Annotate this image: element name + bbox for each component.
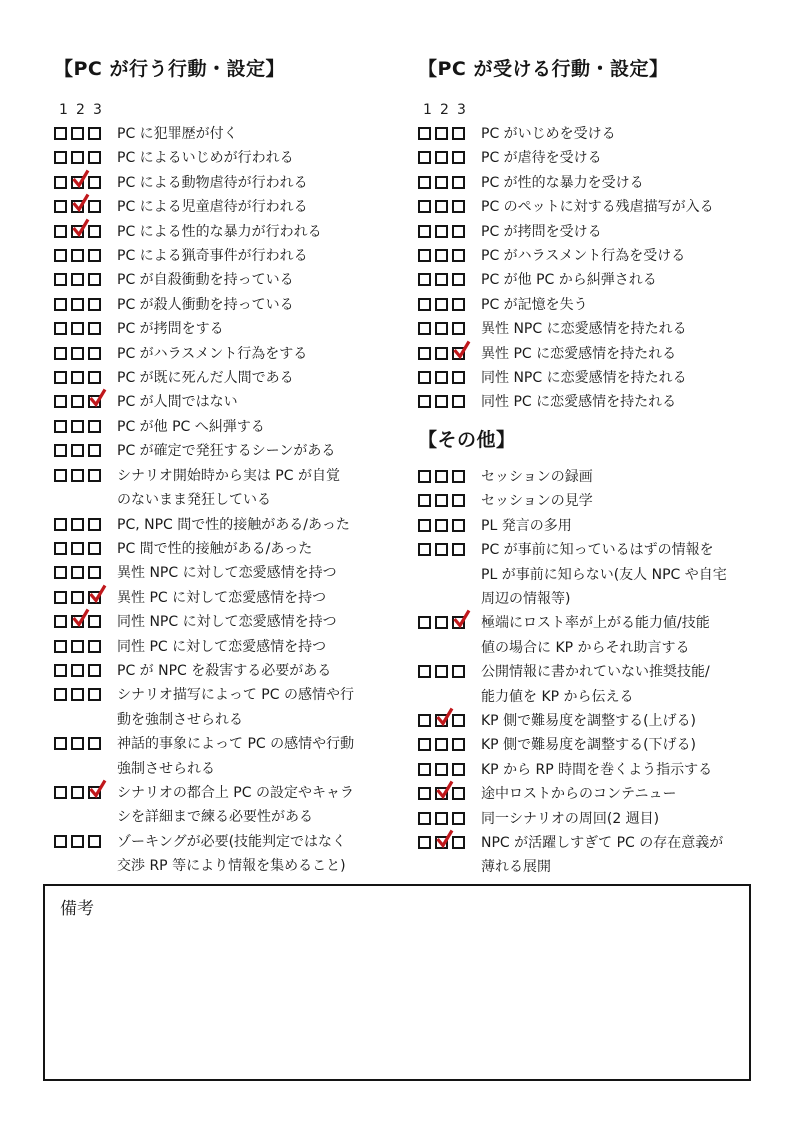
checklist-item: セッションの録画 — [418, 465, 786, 489]
item-label: PL 発言の多用 — [481, 514, 786, 538]
checklist-item: KP 側で難易度を調整する(下げる) — [418, 733, 786, 757]
check-mark-icon — [451, 340, 472, 360]
remarks-box[interactable]: 備考 — [43, 884, 751, 1081]
item-label: PC, NPC 間で性的接触がある/あった — [117, 513, 406, 537]
checkbox[interactable] — [88, 469, 101, 482]
checklist-item: シナリオの都合上 PC の設定やキャラ シを詳細まで練る必要性がある — [54, 781, 406, 830]
checkbox[interactable] — [452, 543, 465, 556]
item-label: KP 側で難易度を調整する(下げる) — [481, 733, 786, 757]
checklist-item: 途中ロストからのコンテニュー — [418, 782, 786, 806]
checkbox[interactable] — [71, 591, 84, 604]
checkbox[interactable] — [71, 395, 84, 408]
scale-number: 1 — [419, 98, 436, 122]
remarks-label: 備考 — [45, 886, 749, 920]
item-label: シナリオの都合上 PC の設定やキャラ シを詳細まで練る必要性がある — [117, 781, 406, 830]
item-label: PC が確定で発狂するシーンがある — [117, 439, 406, 463]
checklist-item: PC がいじめを受ける — [418, 122, 786, 146]
checkbox[interactable] — [88, 298, 101, 311]
checkbox[interactable] — [418, 347, 431, 360]
checklist-item: PC がハラスメント行為をする — [54, 342, 406, 366]
checkbox[interactable] — [435, 543, 448, 556]
scale-number: 2 — [72, 98, 89, 122]
checkbox[interactable] — [418, 127, 431, 140]
checkbox-group — [418, 812, 465, 825]
checkbox[interactable] — [71, 151, 84, 164]
checkbox[interactable] — [418, 812, 431, 825]
checkbox[interactable] — [418, 176, 431, 189]
checkbox-group — [418, 665, 465, 678]
checkbox-group — [54, 420, 101, 433]
checklist-item: PC が NPC を殺害する必要がある — [54, 659, 406, 683]
checklist-item: PC による動物虐待が行われる — [54, 171, 406, 195]
checkbox[interactable] — [418, 322, 431, 335]
item-label: KP 側で難易度を調整する(上げる) — [481, 709, 786, 733]
checklist-item: PC が事前に知っているはずの情報を PL が事前に知らない(友人 NPC や自… — [418, 538, 786, 611]
checkbox[interactable] — [54, 444, 67, 457]
checkbox[interactable] — [435, 395, 448, 408]
checkbox[interactable] — [54, 640, 67, 653]
checklist-item: 極端にロスト率が上がる能力値/技能 値の場合に KP からそれ助言する — [418, 611, 786, 660]
checkbox[interactable] — [435, 836, 448, 849]
section: 【その他】セッションの録画セッションの見学PL 発言の多用PC が事前に知ってい… — [418, 427, 786, 880]
checkbox[interactable] — [418, 470, 431, 483]
checkbox[interactable] — [435, 225, 448, 238]
checklist-item: 異性 PC に恋愛感情を持たれる — [418, 342, 786, 366]
checkbox[interactable] — [418, 519, 431, 532]
item-label: PC が虐待を受ける — [481, 146, 786, 170]
checkbox[interactable] — [88, 566, 101, 579]
checkbox[interactable] — [88, 444, 101, 457]
item-label: PC が NPC を殺害する必要がある — [117, 659, 406, 683]
item-label: PC が人間ではない — [117, 390, 406, 414]
checkbox[interactable] — [88, 591, 101, 604]
checklist-item: PC による性的な暴力が行われる — [54, 220, 406, 244]
item-label: 極端にロスト率が上がる能力値/技能 値の場合に KP からそれ助言する — [481, 611, 786, 660]
checkbox[interactable] — [88, 176, 101, 189]
section-title: 【PC が受ける行動・設定】 — [418, 56, 786, 82]
checkbox-group — [418, 322, 465, 335]
checkbox-group — [54, 444, 101, 457]
checkbox[interactable] — [418, 249, 431, 262]
check-mark-icon — [451, 609, 472, 629]
checkbox-group — [54, 469, 101, 482]
item-label: PC が記憶を失う — [481, 293, 786, 317]
checkbox[interactable] — [452, 738, 465, 751]
checkbox[interactable] — [71, 371, 84, 384]
checkbox[interactable] — [71, 518, 84, 531]
checkbox-group — [54, 615, 101, 628]
checkbox[interactable] — [54, 176, 67, 189]
checkbox[interactable] — [435, 787, 448, 800]
section: 【PC が受ける行動・設定】123PC がいじめを受けるPC が虐待を受けるPC… — [418, 56, 786, 415]
checkbox[interactable] — [452, 812, 465, 825]
checkbox[interactable] — [418, 151, 431, 164]
checkbox[interactable] — [452, 714, 465, 727]
checkbox[interactable] — [71, 127, 84, 140]
checkbox[interactable] — [88, 542, 101, 555]
checkbox[interactable] — [435, 470, 448, 483]
item-label: PC がハラスメント行為を受ける — [481, 244, 786, 268]
checkbox[interactable] — [88, 151, 101, 164]
checkbox[interactable] — [452, 665, 465, 678]
checkbox[interactable] — [71, 176, 84, 189]
item-label: 同性 PC に対して恋愛感情を持つ — [117, 635, 406, 659]
checklist-item: PC による猟奇事件が行われる — [54, 244, 406, 268]
item-label: 異性 NPC に恋愛感情を持たれる — [481, 317, 786, 341]
checkbox[interactable] — [435, 347, 448, 360]
checkbox-group — [54, 835, 101, 848]
checkbox[interactable] — [435, 494, 448, 507]
checkbox-group — [418, 616, 465, 629]
checkbox[interactable] — [452, 787, 465, 800]
checkbox-group — [54, 566, 101, 579]
checkbox[interactable] — [71, 273, 84, 286]
checkbox[interactable] — [54, 469, 67, 482]
checkbox[interactable] — [54, 420, 67, 433]
checkbox[interactable] — [71, 688, 84, 701]
checkbox[interactable] — [88, 664, 101, 677]
checklist-item: PC, NPC 間で性的接触がある/あった — [54, 513, 406, 537]
checkbox[interactable] — [88, 688, 101, 701]
checkbox[interactable] — [452, 249, 465, 262]
checkbox[interactable] — [435, 665, 448, 678]
checkbox[interactable] — [54, 615, 67, 628]
item-label: セッションの見学 — [481, 489, 786, 513]
checkbox[interactable] — [88, 249, 101, 262]
checklist-item: PC に犯罪歴が付く — [54, 122, 406, 146]
checkbox[interactable] — [54, 591, 67, 604]
checkbox[interactable] — [435, 151, 448, 164]
check-mark-icon — [87, 388, 108, 408]
checkbox[interactable] — [418, 200, 431, 213]
checkbox[interactable] — [54, 688, 67, 701]
checkbox-group — [54, 322, 101, 335]
checklist-item: 同性 NPC に対して恋愛感情を持つ — [54, 610, 406, 634]
item-label: KP から RP 時間を巻くよう指示する — [481, 758, 786, 782]
section-title: 【その他】 — [418, 427, 786, 453]
checkbox[interactable] — [71, 664, 84, 677]
checkbox-group — [54, 298, 101, 311]
checkbox[interactable] — [71, 640, 84, 653]
section-title: 【PC が行う行動・設定】 — [54, 56, 406, 82]
checklist-item: PC が拷問をする — [54, 317, 406, 341]
checkbox[interactable] — [88, 640, 101, 653]
checklist-item: PC がハラスメント行為を受ける — [418, 244, 786, 268]
checkbox[interactable] — [435, 371, 448, 384]
checkbox[interactable] — [452, 176, 465, 189]
checkbox[interactable] — [71, 786, 84, 799]
checkbox-group — [54, 249, 101, 262]
scale-number: 2 — [436, 98, 453, 122]
checkbox[interactable] — [71, 444, 84, 457]
checkbox[interactable] — [54, 200, 67, 213]
checkbox[interactable] — [88, 322, 101, 335]
checkbox[interactable] — [452, 494, 465, 507]
checkbox[interactable] — [54, 518, 67, 531]
checkbox-group — [54, 127, 101, 140]
item-label: PC が自殺衝動を持っている — [117, 268, 406, 292]
checkbox[interactable] — [88, 737, 101, 750]
checkbox-group — [54, 542, 101, 555]
item-label: 同性 NPC に対して恋愛感情を持つ — [117, 610, 406, 634]
checkbox[interactable] — [452, 151, 465, 164]
checkbox[interactable] — [418, 763, 431, 776]
checkbox[interactable] — [71, 249, 84, 262]
checkbox[interactable] — [71, 566, 84, 579]
item-label: PC が他 PC へ糾弾する — [117, 415, 406, 439]
checklist-item: KP 側で難易度を調整する(上げる) — [418, 709, 786, 733]
checkbox[interactable] — [435, 200, 448, 213]
checkbox[interactable] — [452, 200, 465, 213]
checkbox-group — [54, 786, 101, 799]
checkbox-group — [418, 225, 465, 238]
checkbox-group — [418, 519, 465, 532]
checkbox-group — [418, 763, 465, 776]
checkbox[interactable] — [435, 127, 448, 140]
checkbox[interactable] — [418, 836, 431, 849]
checkbox[interactable] — [54, 127, 67, 140]
checklist-item: 同性 PC に対して恋愛感情を持つ — [54, 635, 406, 659]
checkbox[interactable] — [418, 787, 431, 800]
checkbox-group — [418, 200, 465, 213]
checklist-item: 神話的事象によって PC の感情や行動 強制させられる — [54, 732, 406, 781]
checkbox[interactable] — [435, 519, 448, 532]
checkbox[interactable] — [88, 420, 101, 433]
checkbox[interactable] — [435, 812, 448, 825]
checkbox[interactable] — [54, 566, 67, 579]
item-label: PC が性的な暴力を受ける — [481, 171, 786, 195]
checkbox[interactable] — [71, 542, 84, 555]
checkbox[interactable] — [435, 273, 448, 286]
checkbox-group — [54, 664, 101, 677]
checkbox[interactable] — [54, 835, 67, 848]
checkbox[interactable] — [88, 395, 101, 408]
item-label: PC による動物虐待が行われる — [117, 171, 406, 195]
section: 【PC が行う行動・設定】123PC に犯罪歴が付くPC によるいじめが行われる… — [54, 56, 406, 879]
checklist-item: ゾーキングが必要(技能判定ではなく 交渉 RP 等により情報を集めること) — [54, 830, 406, 879]
checklist-item: PC による児童虐待が行われる — [54, 195, 406, 219]
checkbox[interactable] — [88, 127, 101, 140]
checkbox[interactable] — [88, 273, 101, 286]
checklist-item: シナリオ開始時から実は PC が自覚 のないまま発狂している — [54, 464, 406, 513]
checkbox-group — [54, 200, 101, 213]
checkbox[interactable] — [452, 298, 465, 311]
checkbox[interactable] — [452, 519, 465, 532]
checkbox[interactable] — [452, 616, 465, 629]
checkbox-group — [54, 737, 101, 750]
checkbox-group — [54, 347, 101, 360]
checkbox-group — [418, 738, 465, 751]
item-label: 異性 PC に恋愛感情を持たれる — [481, 342, 786, 366]
item-label: PC が拷問をする — [117, 317, 406, 341]
checkbox[interactable] — [452, 127, 465, 140]
checkbox-group — [418, 347, 465, 360]
scale-header: 123 — [419, 98, 786, 122]
checkbox[interactable] — [418, 273, 431, 286]
checklist-item: PC が既に死んだ人間である — [54, 366, 406, 390]
item-label: PC のペットに対する残虐描写が入る — [481, 195, 786, 219]
checkbox[interactable] — [54, 249, 67, 262]
item-label: 同性 NPC に恋愛感情を持たれる — [481, 366, 786, 390]
checkbox[interactable] — [88, 371, 101, 384]
checkbox[interactable] — [88, 225, 101, 238]
checklist-item: セッションの見学 — [418, 489, 786, 513]
checkbox[interactable] — [418, 225, 431, 238]
checkbox[interactable] — [71, 469, 84, 482]
checkbox[interactable] — [418, 395, 431, 408]
checklist-item: PC によるいじめが行われる — [54, 146, 406, 170]
checkbox[interactable] — [54, 298, 67, 311]
item-label: セッションの録画 — [481, 465, 786, 489]
checkbox-group — [54, 273, 101, 286]
checkbox[interactable] — [71, 225, 84, 238]
checkbox-group — [418, 494, 465, 507]
checkbox-group — [418, 714, 465, 727]
item-label: PC 間で性的接触がある/あった — [117, 537, 406, 561]
checkbox-group — [418, 371, 465, 384]
checklist-item: PC が他 PC から糾弾される — [418, 268, 786, 292]
checkbox-group — [54, 688, 101, 701]
checkbox-group — [418, 249, 465, 262]
checklist-item: PC が確定で発狂するシーンがある — [54, 439, 406, 463]
item-label: シナリオ描写によって PC の感情や行 動を強制させられる — [117, 683, 406, 732]
checkbox[interactable] — [54, 737, 67, 750]
checklist-item: 同性 NPC に恋愛感情を持たれる — [418, 366, 786, 390]
check-mark-icon — [87, 584, 108, 604]
check-mark-icon — [87, 779, 108, 799]
checkbox-group — [54, 591, 101, 604]
checkbox[interactable] — [418, 543, 431, 556]
column-actions-to-pc: 【PC が受ける行動・設定】123PC がいじめを受けるPC が虐待を受けるPC… — [418, 56, 786, 880]
checkbox-group — [54, 640, 101, 653]
checkbox-group — [54, 371, 101, 384]
item-label: PC に犯罪歴が付く — [117, 122, 406, 146]
checklist-item: 異性 PC に対して恋愛感情を持つ — [54, 586, 406, 610]
checkbox-group — [418, 543, 465, 556]
checkbox-group — [54, 518, 101, 531]
checklist-item: 公開情報に書かれていない推奨技能/ 能力値を KP から伝える — [418, 660, 786, 709]
checkbox-group — [54, 225, 101, 238]
checkbox[interactable] — [54, 786, 67, 799]
checkbox[interactable] — [452, 225, 465, 238]
checkbox[interactable] — [418, 738, 431, 751]
column-actions-by-pc: 【PC が行う行動・設定】123PC に犯罪歴が付くPC によるいじめが行われる… — [54, 56, 406, 879]
item-label: 同一シナリオの周回(2 週目) — [481, 807, 786, 831]
checklist-item: PC が自殺衝動を持っている — [54, 268, 406, 292]
item-label: 公開情報に書かれていない推奨技能/ 能力値を KP から伝える — [481, 660, 786, 709]
checkbox[interactable] — [435, 738, 448, 751]
checkbox[interactable] — [54, 322, 67, 335]
checkbox[interactable] — [71, 347, 84, 360]
checkbox[interactable] — [435, 298, 448, 311]
checkbox[interactable] — [418, 616, 431, 629]
checkbox[interactable] — [435, 249, 448, 262]
item-label: PC が事前に知っているはずの情報を PL が事前に知らない(友人 NPC や自… — [481, 538, 786, 611]
item-label: 異性 NPC に対して恋愛感情を持つ — [117, 561, 406, 585]
checkbox[interactable] — [54, 371, 67, 384]
checkbox[interactable] — [452, 273, 465, 286]
item-label: PC による猟奇事件が行われる — [117, 244, 406, 268]
checkbox[interactable] — [435, 176, 448, 189]
checkbox[interactable] — [71, 420, 84, 433]
checkbox[interactable] — [54, 395, 67, 408]
checklist-item: PC が性的な暴力を受ける — [418, 171, 786, 195]
item-label: PC がいじめを受ける — [481, 122, 786, 146]
checkbox-group — [54, 151, 101, 164]
checkbox[interactable] — [452, 347, 465, 360]
checklist-item: 異性 NPC に恋愛感情を持たれる — [418, 317, 786, 341]
checkbox[interactable] — [88, 835, 101, 848]
scale-number: 1 — [55, 98, 72, 122]
checkbox[interactable] — [418, 494, 431, 507]
checkbox[interactable] — [452, 322, 465, 335]
checkbox[interactable] — [88, 786, 101, 799]
checklist-item: PC が人間ではない — [54, 390, 406, 414]
checkbox[interactable] — [435, 322, 448, 335]
checkbox[interactable] — [452, 836, 465, 849]
item-label: 同性 PC に恋愛感情を持たれる — [481, 390, 786, 414]
item-label: PC が他 PC から糾弾される — [481, 268, 786, 292]
checkbox[interactable] — [88, 347, 101, 360]
checkbox[interactable] — [54, 664, 67, 677]
checkbox[interactable] — [71, 835, 84, 848]
checkbox[interactable] — [435, 763, 448, 776]
checkbox[interactable] — [452, 395, 465, 408]
checklist-item: 同一シナリオの周回(2 週目) — [418, 807, 786, 831]
checkbox[interactable] — [71, 200, 84, 213]
checklist-item: PC が他 PC へ糾弾する — [54, 415, 406, 439]
checkbox[interactable] — [452, 371, 465, 384]
checkbox-group — [418, 836, 465, 849]
scale-header: 123 — [55, 98, 406, 122]
checkbox[interactable] — [435, 616, 448, 629]
checkbox-group — [418, 273, 465, 286]
checkbox[interactable] — [88, 615, 101, 628]
checkbox[interactable] — [71, 615, 84, 628]
checkbox[interactable] — [54, 542, 67, 555]
checkbox[interactable] — [88, 518, 101, 531]
checkbox[interactable] — [452, 763, 465, 776]
checkbox[interactable] — [418, 371, 431, 384]
checkbox-group — [418, 787, 465, 800]
checklist-item: PC 間で性的接触がある/あった — [54, 537, 406, 561]
checkbox[interactable] — [71, 322, 84, 335]
checkbox[interactable] — [54, 225, 67, 238]
checkbox[interactable] — [452, 470, 465, 483]
checkbox-group — [418, 395, 465, 408]
checkbox[interactable] — [54, 151, 67, 164]
item-label: 異性 PC に対して恋愛感情を持つ — [117, 586, 406, 610]
item-label: PC によるいじめが行われる — [117, 146, 406, 170]
checklist-item: KP から RP 時間を巻くよう指示する — [418, 758, 786, 782]
checkbox[interactable] — [71, 737, 84, 750]
checkbox[interactable] — [418, 714, 431, 727]
checkbox[interactable] — [54, 273, 67, 286]
checklist-item: 異性 NPC に対して恋愛感情を持つ — [54, 561, 406, 585]
item-label: PC による性的な暴力が行われる — [117, 220, 406, 244]
item-label: 神話的事象によって PC の感情や行動 強制させられる — [117, 732, 406, 781]
checkbox[interactable] — [418, 298, 431, 311]
item-label: PC による児童虐待が行われる — [117, 195, 406, 219]
checkbox-group — [418, 298, 465, 311]
checkbox[interactable] — [71, 298, 84, 311]
checkbox[interactable] — [88, 200, 101, 213]
checkbox-group — [418, 151, 465, 164]
checkbox[interactable] — [435, 714, 448, 727]
checkbox[interactable] — [418, 665, 431, 678]
checkbox[interactable] — [54, 347, 67, 360]
checklist-item: PC が殺人衝動を持っている — [54, 293, 406, 317]
